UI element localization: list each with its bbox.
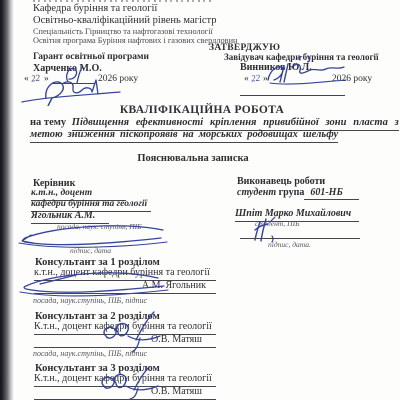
program-line: Освітня програма Буріння нафтових і газо…	[33, 36, 237, 46]
work-heading: КВАЛІФІКАЦІЙНА РОБОТА	[4, 104, 400, 117]
executor-group-label: група	[279, 187, 305, 198]
executor-student-label: студент	[237, 187, 276, 198]
consultant-3-signature-icon	[88, 366, 183, 400]
topic-line-2: метою зниження піскопроявів на морських …	[30, 129, 338, 143]
consultant-1-signature-icon	[16, 268, 171, 302]
cropped-text-remnant	[33, 0, 213, 2]
scanned-title-page: Кафедра буріння та геології Освітньо-ква…	[0, 0, 400, 400]
approval-signature-line	[240, 95, 345, 96]
work-subtitle: Пояснювальна записка	[0, 153, 386, 165]
executor-signature-line	[240, 238, 360, 239]
consultant-2-signature-icon	[88, 310, 183, 354]
topic-label: на тему	[30, 117, 66, 128]
guarantor-signature-icon	[16, 76, 126, 106]
supervisor-caption-signature: підпис, дата	[70, 247, 111, 256]
approver-signature-icon	[240, 56, 355, 90]
guarantor-role: Гарант освітньої програми	[33, 52, 149, 63]
executor-group-value: 601-НБ	[304, 187, 358, 200]
scan-shadow-edge	[0, 0, 14, 400]
qualification-level-line: Освітньо-кваліфікаційний рівень магістр	[33, 15, 217, 27]
executor-role: Виконавець роботи	[237, 176, 325, 188]
executor-caption-signature: підпис, дата.	[268, 241, 311, 250]
department-line: Кафедра буріння та геології	[33, 3, 157, 15]
